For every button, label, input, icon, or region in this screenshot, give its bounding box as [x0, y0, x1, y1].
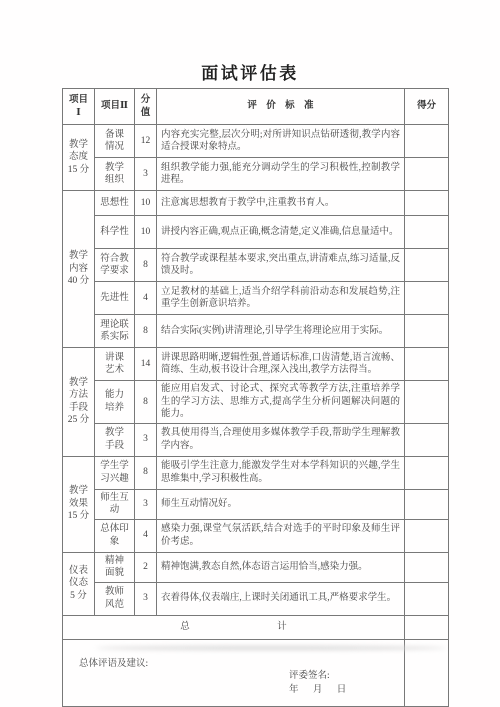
score-value: 4	[135, 519, 157, 552]
score-value: 3	[135, 423, 157, 456]
points-cell	[405, 582, 449, 615]
score-value: 8	[135, 456, 157, 489]
sub-item-label: 能力 培养	[95, 381, 135, 424]
sub-item-label: 师生互 动	[95, 489, 135, 519]
points-cell	[405, 249, 449, 282]
criteria-text: 精神饱满,教态自然,体态语言运用恰当,感染力强。	[157, 552, 405, 582]
sub-item-label: 科学性	[95, 216, 135, 249]
sub-item-label: 教学 组织	[95, 158, 135, 191]
group-label-teaching-attitude: 教学 态度 15 分	[63, 125, 95, 191]
table-row: 仪表 仪态 5 分 精神 面貌 2 精神饱满,教态自然,体态语言运用恰当,感染力…	[63, 552, 449, 582]
sub-item-label: 学生学 习兴趣	[95, 456, 135, 489]
sub-item-label: 思想性	[95, 191, 135, 216]
sub-item-label: 先进性	[95, 282, 135, 315]
sub-item-label: 理论联 系实际	[95, 315, 135, 348]
points-cell	[405, 381, 449, 424]
criteria-text: 衣着得体,仪表端庄,上课时关闭通讯工具,严格要求学生。	[157, 582, 405, 615]
sub-item-label: 讲课 艺术	[95, 348, 135, 381]
table-row: 教师 风范 3 衣着得体,仪表端庄,上课时关闭通讯工具,严格要求学生。	[63, 582, 449, 615]
criteria-text: 立足教材的基础上,适当介绍学科前沿动态和发展趋势,注重学生创新意识培养。	[157, 282, 405, 315]
criteria-text: 结合实际(实例)讲清理论,引导学生将理论应用于实际。	[157, 315, 405, 348]
score-value: 4	[135, 282, 157, 315]
table-row: 师生互 动 3 师生互动情况好。	[63, 489, 449, 519]
table-row: 科学性 10 讲授内容正确,观点正确,概念清楚,定义准确,信息量适中。	[63, 216, 449, 249]
scan-shadow	[96, 646, 446, 650]
comments-label: 总体评语及建议:	[79, 658, 148, 671]
group-label-teaching-methods: 教学 方法 手段 25 分	[63, 348, 95, 457]
table-row: 符合教 学要求 8 符合教学或课程基本要求,突出重点,讲清难点,练习适量,反馈及…	[63, 249, 449, 282]
points-cell	[405, 456, 449, 489]
header-item2: 项目Ⅱ	[95, 89, 135, 125]
document-sheet: 面试评估表 项目 Ⅰ 项目Ⅱ 分 值 评 价 标 准 得分 教学 态度 15 分…	[0, 0, 500, 707]
sub-item-label: 教学 手段	[95, 423, 135, 456]
group-label-appearance: 仪表 仪态 5 分	[63, 552, 95, 615]
score-value: 3	[135, 582, 157, 615]
points-cell	[405, 315, 449, 348]
points-cell	[405, 348, 449, 381]
sub-item-label: 符合教 学要求	[95, 249, 135, 282]
criteria-text: 教具使用得当,合理使用多媒体教学手段,帮助学生理解教学内容。	[157, 423, 405, 456]
signature-block: 评委签名: 年 月 日	[289, 670, 346, 697]
criteria-text: 内容充实完整,层次分明;对所讲知识点钻研透彻,教学内容适合授课对象特点。	[157, 125, 405, 158]
score-value: 8	[135, 381, 157, 424]
points-cell	[405, 552, 449, 582]
sub-item-label: 总体印 象	[95, 519, 135, 552]
comments-box: 总体评语及建议: 评委签名: 年 月 日	[67, 642, 400, 704]
table-row: 先进性 4 立足教材的基础上,适当介绍学科前沿动态和发展趋势,注重学生创新意识培…	[63, 282, 449, 315]
criteria-text: 能应用启发式、讨论式、探究式等教学方法,注重培养学生的学习方法、思维方式,提高学…	[157, 381, 405, 424]
evaluation-table: 项目 Ⅰ 项目Ⅱ 分 值 评 价 标 准 得分 教学 态度 15 分 备课 情况…	[62, 88, 449, 707]
points-cell	[405, 282, 449, 315]
score-value: 3	[135, 158, 157, 191]
sub-item-label: 备课 情况	[95, 125, 135, 158]
criteria-text: 符合教学或课程基本要求,突出重点,讲清难点,练习适量,反馈及时。	[157, 249, 405, 282]
total-row: 总 计	[63, 615, 449, 639]
points-cell	[405, 216, 449, 249]
criteria-text: 讲授内容正确,观点正确,概念清楚,定义准确,信息量适中。	[157, 216, 405, 249]
signature-label: 评委签名:	[289, 670, 346, 683]
criteria-text: 能吸引学生注意力,能激发学生对本学科知识的兴趣,学生思维集中,学习积极性高。	[157, 456, 405, 489]
score-value: 2	[135, 552, 157, 582]
criteria-text: 组织教学能力强,能充分调动学生的学习积极性,控制教学进程。	[157, 158, 405, 191]
header-points: 得分	[405, 89, 449, 125]
table-row: 教学 态度 15 分 备课 情况 12 内容充实完整,层次分明;对所讲知识点钻研…	[63, 125, 449, 158]
table-row: 能力 培养 8 能应用启发式、讨论式、探究式等教学方法,注重培养学生的学习方法、…	[63, 381, 449, 424]
header-item1: 项目 Ⅰ	[63, 89, 95, 125]
score-value: 8	[135, 249, 157, 282]
page-title: 面试评估表	[0, 59, 500, 84]
score-value: 12	[135, 125, 157, 158]
score-value: 10	[135, 216, 157, 249]
total-points-cell	[405, 615, 449, 639]
criteria-text: 讲课思路明晰,逻辑性强,普通话标准,口齿清楚,语言流畅、简练、生动,板书设计合理…	[157, 348, 405, 381]
score-value: 8	[135, 315, 157, 348]
total-row-label: 总 计	[63, 615, 405, 639]
points-cell	[405, 489, 449, 519]
sub-item-label: 教师 风范	[95, 582, 135, 615]
criteria-text: 师生互动情况好。	[157, 489, 405, 519]
sub-item-label: 精神 面貌	[95, 552, 135, 582]
criteria-text: 注意寓思想教育于教学中,注重教书育人。	[157, 191, 405, 216]
group-label-teaching-effect: 教学 效果 15 分	[63, 456, 95, 552]
table-row: 教学 手段 3 教具使用得当,合理使用多媒体教学手段,帮助学生理解教学内容。	[63, 423, 449, 456]
table-row: 教学 组织 3 组织教学能力强,能充分调动学生的学习积极性,控制教学进程。	[63, 158, 449, 191]
score-value: 3	[135, 489, 157, 519]
points-cell	[405, 519, 449, 552]
points-cell	[405, 191, 449, 216]
table-row: 总体印 象 4 感染力强,课堂气氛活跃,结合对选手的平时印象及师生评价考虑。	[63, 519, 449, 552]
points-cell	[405, 125, 449, 158]
points-cell	[405, 158, 449, 191]
points-cell	[405, 423, 449, 456]
table-row: 理论联 系实际 8 结合实际(实例)讲清理论,引导学生将理论应用于实际。	[63, 315, 449, 348]
criteria-text: 感染力强,课堂气氛活跃,结合对选手的平时印象及师生评价考虑。	[157, 519, 405, 552]
group-label-teaching-content: 教学 内容 40 分	[63, 191, 95, 348]
table-row: 教学 方法 手段 25 分 讲课 艺术 14 讲课思路明晰,逻辑性强,普通话标准…	[63, 348, 449, 381]
header-criteria: 评 价 标 准	[157, 89, 405, 125]
score-value: 10	[135, 191, 157, 216]
table-row: 教学 效果 15 分 学生学 习兴趣 8 能吸引学生注意力,能激发学生对本学科知…	[63, 456, 449, 489]
header-score-value: 分 值	[135, 89, 157, 125]
score-value: 14	[135, 348, 157, 381]
table-header-row: 项目 Ⅰ 项目Ⅱ 分 值 评 价 标 准 得分	[63, 89, 449, 125]
table-row: 教学 内容 40 分 思想性 10 注意寓思想教育于教学中,注重教书育人。	[63, 191, 449, 216]
date-label: 年 月 日	[289, 684, 346, 697]
